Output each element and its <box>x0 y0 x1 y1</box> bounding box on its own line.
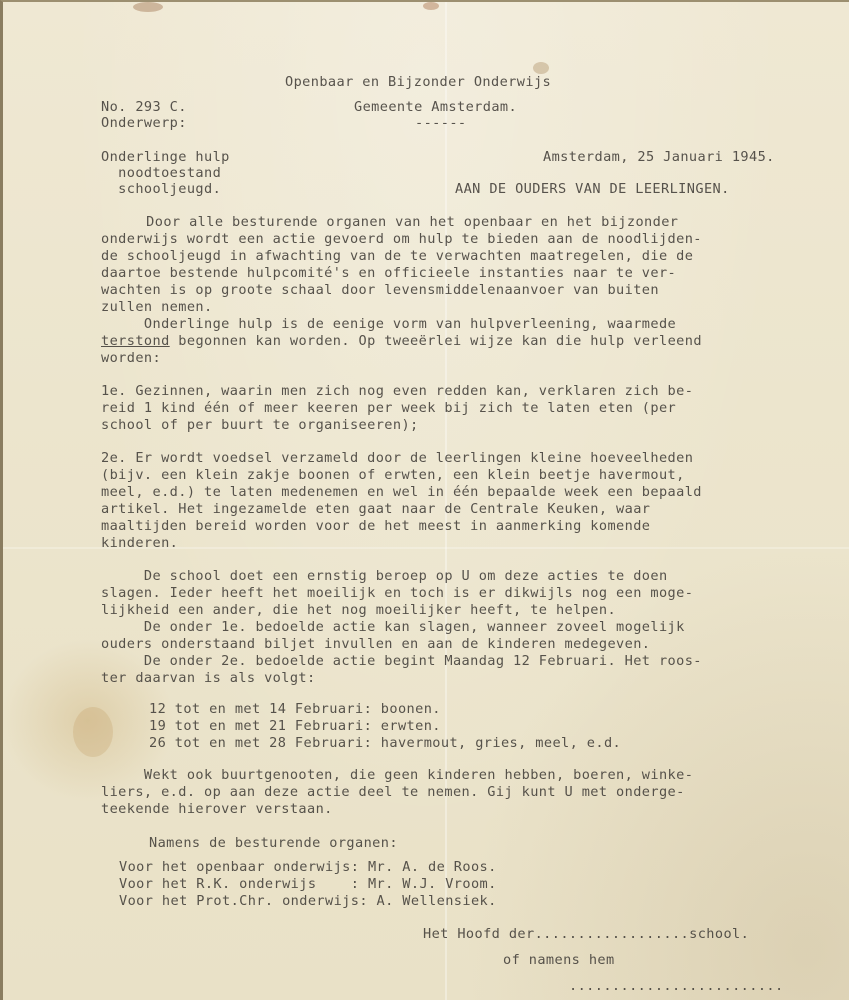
item1-line-3: school of per buurt te organiseeren); <box>101 417 419 434</box>
stain-top-2 <box>423 2 439 10</box>
schedule-item: havermout, gries, meel, e.d. <box>381 735 621 751</box>
para2-line-1: Onderlinge hulp is de eenige vorm van hu… <box>101 316 676 333</box>
schedule-row-3: 26 tot en met 28 Februari: havermout, gr… <box>149 735 621 752</box>
para3-line-1: De school doet een ernstig beroep op U o… <box>101 568 668 585</box>
para2-line-2-rest: begonnen kan worden. Op tweeërlei wijze … <box>170 333 702 349</box>
addressee: AAN DE OUDERS VAN DE LEERLINGEN. <box>455 181 730 198</box>
item2-line-5: maaltijden bereid worden voor de het mee… <box>101 518 650 535</box>
subject-line-1: Onderlinge hulp <box>101 149 230 166</box>
para3-line-4: De onder 1e. bedoelde actie kan slagen, … <box>101 619 685 636</box>
school-head-line: Het Hoofd der..................school. <box>423 926 749 943</box>
item2-line-3: meel, e.d.) te laten medenemen en wel in… <box>101 484 702 501</box>
para3-line-6: De onder 2e. bedoelde actie begint Maand… <box>101 653 702 670</box>
subject-label: Onderwerp: <box>101 115 187 132</box>
signature-line-openbaar: Voor het openbaar onderwijs: Mr. A. de R… <box>119 859 497 876</box>
signature-line-rk: Voor het R.K. onderwijs : Mr. W.J. Vroom… <box>119 876 497 893</box>
on-behalf-line: of namens hem <box>503 952 615 969</box>
signatures-intro: Namens de besturende organen: <box>149 835 398 852</box>
schedule-item: boonen. <box>381 701 441 717</box>
stain-top-3 <box>533 62 549 74</box>
header-line-2: Gemeente Amsterdam. <box>354 99 517 116</box>
header-rule: ------ <box>415 115 467 132</box>
para1-line-5: wachten is op groote schaal door levensm… <box>101 282 659 299</box>
para3-line-2: slagen. Ieder heeft het moeilijk en toch… <box>101 585 693 602</box>
para4-line-2: liers, e.d. op aan deze actie deel te ne… <box>101 784 685 801</box>
para2-line-3: worden: <box>101 350 161 367</box>
subject-line-3: schooljeugd. <box>101 181 221 198</box>
item1-line-1: 1e. Gezinnen, waarin men zich nog even r… <box>101 383 693 400</box>
dateline: Amsterdam, 25 Januari 1945. <box>543 149 775 166</box>
item2-line-4: artikel. Het ingezamelde eten gaat naar … <box>101 501 650 518</box>
schedule-period: 12 tot en met 14 Februari: <box>149 701 372 717</box>
item2-line-2: (bijv. een klein zakje boonen of erwten,… <box>101 467 685 484</box>
para3-line-5: ouders onderstaand biljet invullen en aa… <box>101 636 650 653</box>
letter-paper: Openbaar en Bijzonder Onderwijs No. 293 … <box>0 0 849 1000</box>
stain-left <box>73 707 113 757</box>
para4-line-3: teekende hierover verstaan. <box>101 801 333 818</box>
para1-line-1: Door alle besturende organen van het ope… <box>129 214 678 231</box>
para3-line-3: lijkheid een ander, die het nog moeilijk… <box>101 602 616 619</box>
para1-line-3: de schooljeugd in afwachting van de te v… <box>101 248 693 265</box>
reference-number: No. 293 C. <box>101 99 187 116</box>
para3-line-7: ter daarvan is als volgt: <box>101 670 316 687</box>
schedule-item: erwten. <box>381 718 441 734</box>
signature-dots: ......................... <box>569 978 784 995</box>
item2-line-6: kinderen. <box>101 535 178 552</box>
para1-line-6: zullen nemen. <box>101 299 213 316</box>
stain-top <box>133 2 163 12</box>
item2-line-1: 2e. Er wordt voedsel verzameld door de l… <box>101 450 693 467</box>
emphasis-terstond: terstond <box>101 333 170 349</box>
para1-line-2: onderwijs wordt een actie gevoerd om hul… <box>101 231 702 248</box>
schedule-row-2: 19 tot en met 21 Februari: erwten. <box>149 718 441 735</box>
signature-line-protchr: Voor het Prot.Chr. onderwijs: A. Wellens… <box>119 893 497 910</box>
item1-line-2: reid 1 kind één of meer keeren per week … <box>101 400 676 417</box>
header-line-1: Openbaar en Bijzonder Onderwijs <box>285 74 551 91</box>
para1-line-4: daartoe bestende hulpcomité's en officie… <box>101 265 676 282</box>
para2-line-2: terstond begonnen kan worden. Op tweeërl… <box>101 333 702 350</box>
schedule-row-1: 12 tot en met 14 Februari: boonen. <box>149 701 441 718</box>
schedule-period: 26 tot en met 28 Februari: <box>149 735 372 751</box>
subject-line-2: noodtoestand <box>101 165 221 182</box>
schedule-period: 19 tot en met 21 Februari: <box>149 718 372 734</box>
para4-line-1: Wekt ook buurtgenooten, die geen kindere… <box>101 767 693 784</box>
